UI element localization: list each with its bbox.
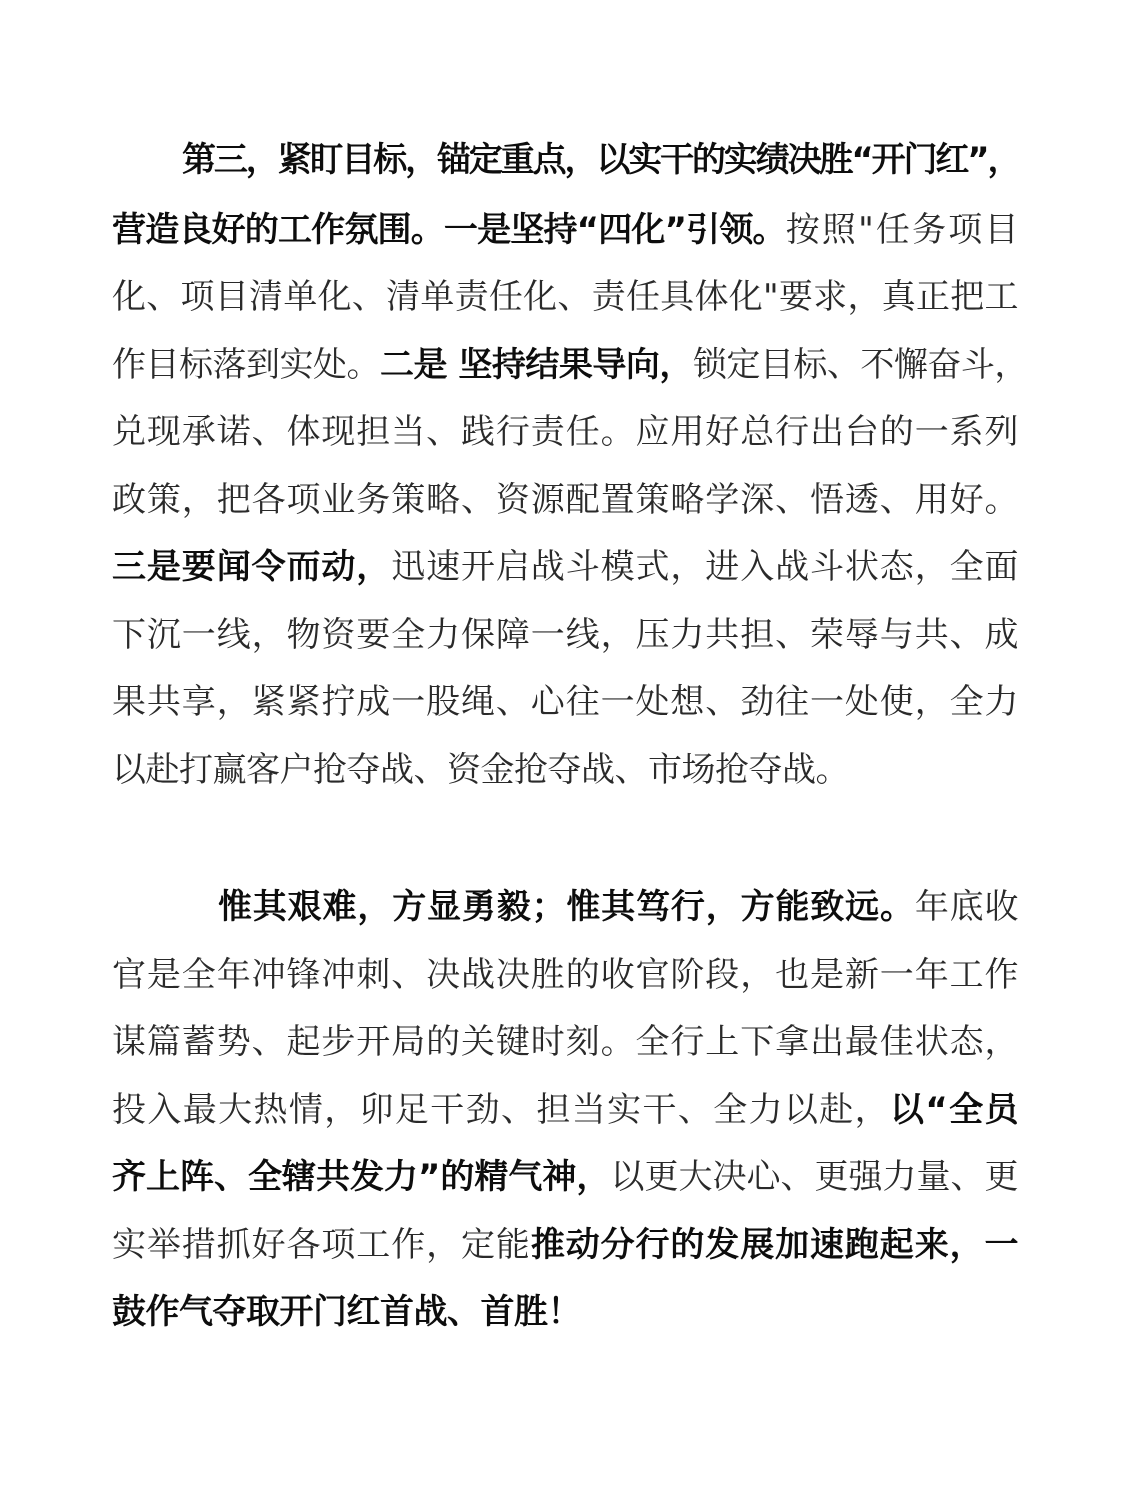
body-text: 按照"任务项目 (786, 210, 1018, 250)
bold-text: 惟其艰难，方显勇毅；惟其笃行，方能致远。 (218, 887, 915, 927)
text-line: 营造良好的工作氛围。一是坚持“四化”引领。按照"任务项目 (112, 208, 1018, 252)
body-text: 政策，把各项业务策略、资源配置策略学深、悟透、用好。 (112, 480, 1018, 520)
body-text: 兑现承诺、体现担当、践行责任。应用好总行出台的一系列 (112, 412, 1018, 452)
bold-text: 推动分行的发展加速跑起来，一 (531, 1225, 1018, 1265)
text-line: 惟其艰难，方显勇毅；惟其笃行，方能致远。年底收 (218, 885, 1018, 929)
document-page: 第三，紧盯目标，锚定重点，以实干的实绩决胜“开门红”， 营造良好的工作氛围。一是… (0, 0, 1125, 1500)
bold-text: 齐上阵、全辖共发力”的精气神， (112, 1157, 610, 1197)
text-line: 三是要闻令而动，迅速开启战斗模式，进入战斗状态，全面 (112, 545, 1018, 589)
body-text: 以更大决心、更强力量、更 (610, 1157, 1018, 1197)
bold-text: 二是 坚持结果导向， (380, 345, 693, 385)
bold-text: 营造良好的工作氛围。一是坚持“四化”引领。 (112, 210, 786, 250)
text-line: 官是全年冲锋冲刺、决战决胜的收官阶段，也是新一年工作 (112, 953, 1018, 997)
body-text: 果共享，紧紧拧成一股绳、心往一处想、劲往一处使，全力 (112, 682, 1018, 722)
text-line: 果共享，紧紧拧成一股绳、心往一处想、劲往一处使，全力 (112, 680, 1018, 724)
body-text: 化、项目清单化、清单责任化、责任具体化"要求，真正把工 (112, 277, 1018, 317)
bold-text: 鼓作气夺取开门红首战、首胜！ (112, 1292, 581, 1332)
text-line: 谋篇蓄势、起步开局的关键时刻。全行上下拿出最佳状态， (112, 1020, 1018, 1064)
body-text: 谋篇蓄势、起步开局的关键时刻。全行上下拿出最佳状态， (112, 1022, 1018, 1062)
body-text: 年底收 (915, 887, 1018, 927)
bold-text: 三是要闻令而动， (112, 547, 391, 587)
text-line: 下沉一线，物资要全力保障一线，压力共担、荣辱与共、成 (112, 613, 1018, 657)
text-line: 齐上阵、全辖共发力”的精气神，以更大决心、更强力量、更 (112, 1155, 1018, 1199)
body-text: 官是全年冲锋冲刺、决战决胜的收官阶段，也是新一年工作 (112, 955, 1018, 995)
body-text: 锁定目标、不懈奋斗， (693, 345, 1028, 385)
body-text: 迅速开启战斗模式，进入战斗状态，全面 (391, 547, 1018, 587)
text-line: 第三，紧盯目标，锚定重点，以实干的实绩决胜“开门红”， (182, 138, 1018, 182)
text-line: 政策，把各项业务策略、资源配置策略学深、悟透、用好。 (112, 478, 1018, 522)
body-text: 实举措抓好各项工作，定能 (112, 1225, 531, 1265)
body-text: 以赴打赢客户抢夺战、资金抢夺战、市场抢夺战。 (112, 750, 849, 790)
body-text: 投入最大热情，卯足干劲、担当实干、全力以赴， (112, 1090, 890, 1130)
text-line: 实举措抓好各项工作，定能推动分行的发展加速跑起来，一 (112, 1223, 1018, 1267)
bold-text: 第三，紧盯目标，锚定重点，以实干的实绩决胜“开门红”， (182, 140, 1018, 180)
text-line: 以赴打赢客户抢夺战、资金抢夺战、市场抢夺战。 (112, 748, 1018, 792)
body-text: 作目标落到实处。 (112, 345, 380, 385)
body-text: 下沉一线，物资要全力保障一线，压力共担、荣辱与共、成 (112, 615, 1018, 655)
text-line: 兑现承诺、体现担当、践行责任。应用好总行出台的一系列 (112, 410, 1018, 454)
text-line: 作目标落到实处。二是 坚持结果导向，锁定目标、不懈奋斗， (112, 343, 1018, 387)
bold-text: 以“全员 (890, 1090, 1018, 1130)
text-line: 化、项目清单化、清单责任化、责任具体化"要求，真正把工 (112, 275, 1018, 319)
text-line: 鼓作气夺取开门红首战、首胜！ (112, 1290, 1018, 1334)
text-line: 投入最大热情，卯足干劲、担当实干、全力以赴，以“全员 (112, 1088, 1018, 1132)
